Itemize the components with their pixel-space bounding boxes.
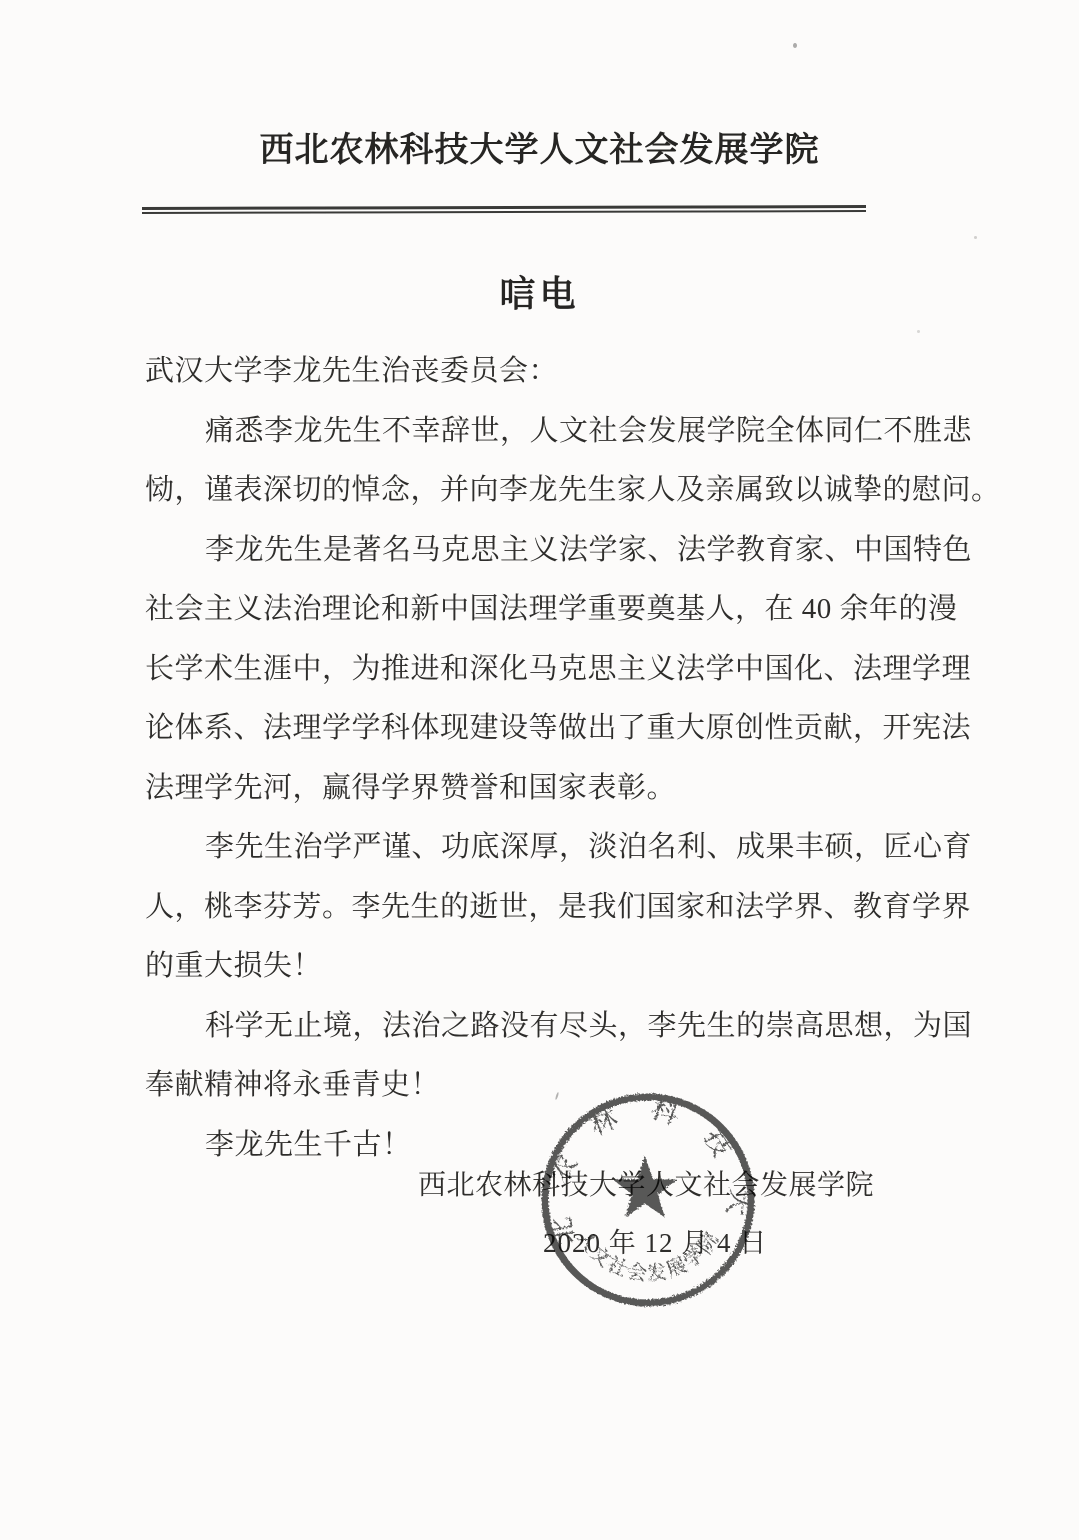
body-line: 长学术生涯中，为推进和深化马克思主义法学中国化、法理学理	[145, 640, 933, 700]
scan-artifact	[793, 43, 797, 48]
body-line: 人，桃李芬芳。李先生的逝世，是我们国家和法学界、教育学界	[145, 878, 933, 938]
body-line: 科学无止境，法治之路没有尽头，李先生的崇高思想，为国	[145, 997, 933, 1057]
official-seal: 西北农林科技大学 人文社会发展学院	[530, 1082, 766, 1318]
scanned-letter-page: 西北农林科技大学人文社会发展学院 唁电 武汉大学李龙先生治丧委员会： 痛悉李龙先…	[0, 0, 1079, 1540]
body-line: 痛悉李龙先生不幸辞世，人文社会发展学院全体同仁不胜悲	[145, 402, 933, 462]
body-line: 法理学先河，赢得学界赞誉和国家表彰。	[145, 759, 933, 819]
body-line: 的重大损失！	[145, 937, 933, 997]
scan-artifact	[917, 330, 920, 333]
body-line: 社会主义法治理论和新中国法理学重要奠基人，在 40 余年的漫	[145, 580, 933, 640]
body-line: 李先生治学严谨、功底深厚，淡泊名利、成果丰硕，匠心育	[145, 818, 933, 878]
scan-artifact	[974, 236, 977, 239]
letterhead-title: 西北农林科技大学人文社会发展学院	[0, 122, 1079, 171]
svg-text:人文社会发展学院: 人文社会发展学院	[572, 1226, 724, 1285]
document-title: 唁电	[0, 266, 1079, 317]
body-line: 李龙先生是著名马克思主义法学家、法学教育家、中国特色	[145, 521, 933, 581]
salutation-line: 武汉大学李龙先生治丧委员会：	[145, 342, 933, 402]
letter-body: 武汉大学李龙先生治丧委员会： 痛悉李龙先生不幸辞世，人文社会发展学院全体同仁不胜…	[145, 342, 933, 1175]
star-icon	[613, 1156, 678, 1218]
body-line: 恸，谨表深切的悼念，并向李龙先生家人及亲属致以诚挚的慰问。	[145, 461, 933, 521]
seal-bottom-text: 人文社会发展学院	[572, 1226, 724, 1285]
body-line: 论体系、法理学学科体现建设等做出了重大原创性贡献，开宪法	[145, 699, 933, 759]
header-divider	[142, 205, 866, 214]
